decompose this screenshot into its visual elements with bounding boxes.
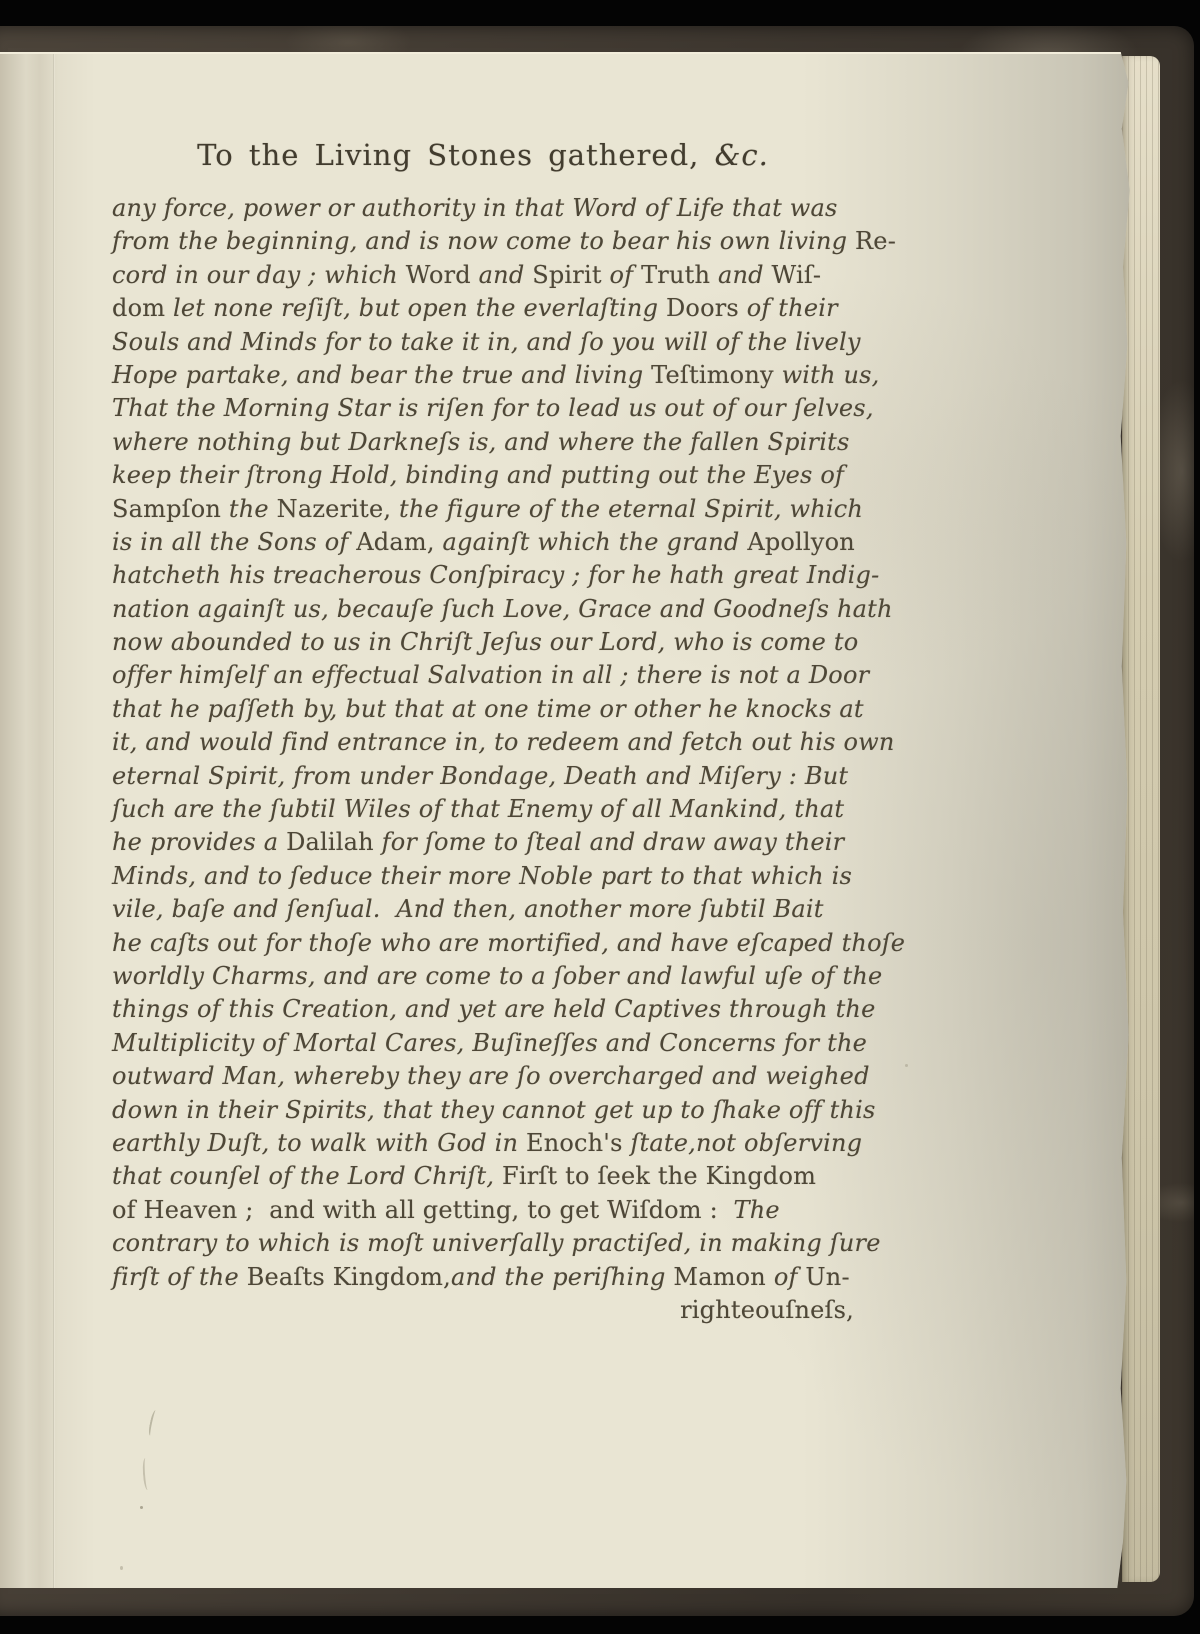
roman-text-segment: Enoch's — [526, 1129, 630, 1157]
italic-text-segment: where nothing but Darkneſs is, and where… — [112, 428, 849, 456]
italic-text-segment: of their — [739, 294, 838, 322]
italic-text-segment: and the periſhing — [451, 1263, 673, 1291]
italic-text-segment: and — [710, 261, 771, 289]
italic-text-segment: ſtate,not obſerving — [630, 1129, 862, 1157]
paper-speck — [120, 1566, 123, 1570]
italic-text-segment: eternal Spirit, from under Bondage, Deat… — [112, 762, 848, 790]
text-line: of Heaven ; and with all getting, to get… — [112, 1194, 854, 1227]
text-line: Sampſon the Nazerite, the figure of the … — [112, 493, 854, 526]
italic-text-segment: is in all the Sons of — [112, 528, 356, 556]
italic-text-segment: Hope partake, and bear the true and livi… — [112, 361, 651, 389]
roman-text-segment: Adam, — [356, 528, 442, 556]
roman-text-segment: Truth — [641, 261, 710, 289]
text-line: Multiplicity of Mortal Cares, Buſineſſes… — [112, 1027, 854, 1060]
italic-text-segment: now abounded to us in Chriſt Jeſus our L… — [112, 628, 858, 656]
roman-text-segment: Doors — [666, 294, 739, 322]
italic-text-segment: Souls and Minds for to take it in, and ſ… — [112, 328, 861, 356]
paper-speck — [905, 1064, 908, 1067]
italic-text-segment: of — [774, 1263, 806, 1291]
text-line: contrary to which is moſt univerſally pr… — [112, 1227, 854, 1260]
text-line: earthly Duſt, to walk with God in Enoch'… — [112, 1127, 854, 1160]
text-line: offer himſelf an effectual Salvation in … — [112, 659, 854, 692]
italic-text-segment: he caſts out for thoſe who are mortified… — [112, 929, 905, 957]
italic-text-segment: nation againſt us, becauſe ſuch Love, Gr… — [112, 595, 893, 623]
italic-text-segment: The — [734, 1196, 780, 1224]
body-text: any force, power or authority in that Wo… — [112, 192, 854, 1327]
roman-text-segment: Word — [406, 261, 471, 289]
italic-text-segment: it, and would find entrance in, to redee… — [112, 728, 895, 756]
text-line: dom let none reſiſt, but open the everla… — [112, 292, 854, 325]
gutter-shadow — [0, 54, 95, 1588]
text-line: hatcheth his treacherous Conſpiracy ; fo… — [112, 559, 854, 592]
page-heading-etc: &c. — [715, 138, 769, 172]
italic-text-segment: from the beginning, and is now come to b… — [112, 227, 855, 255]
paper-speck — [140, 1506, 143, 1509]
book-page: To the Living Stones gathered, &c. any f… — [0, 52, 1132, 1588]
text-line: Hope partake, and bear the true and livi… — [112, 359, 854, 392]
italic-text-segment: firſt of the — [112, 1263, 247, 1291]
text-line: That the Morning Star is riſen for to le… — [112, 392, 854, 425]
text-line: keep their ſtrong Hold, binding and putt… — [112, 459, 854, 492]
italic-text-segment: earthly Duſt, to walk with God in — [112, 1129, 526, 1157]
italic-text-segment: cord in our day ; which — [112, 261, 406, 289]
roman-text-segment: dom — [112, 294, 173, 322]
italic-text-segment: Minds, and to ſeduce their more Noble pa… — [112, 862, 852, 890]
text-line: he caſts out for thoſe who are mortified… — [112, 927, 854, 960]
screenshot-root: { "book": { "heading_main": "To the Livi… — [0, 0, 1200, 1634]
page-heading: To the Living Stones gathered, &c. — [112, 138, 854, 192]
text-line: now abounded to us in Chriſt Jeſus our L… — [112, 626, 854, 659]
italic-text-segment: That the Morning Star is riſen for to le… — [112, 394, 874, 422]
italic-text-segment: againſt which the grand — [443, 528, 748, 556]
italic-text-segment: of — [602, 261, 641, 289]
italic-text-segment: he provides a — [112, 828, 286, 856]
italic-text-segment: hatcheth his treacherous Conſpiracy ; fo… — [112, 561, 879, 589]
text-line: is in all the Sons of Adam, againſt whic… — [112, 526, 854, 559]
text-line: worldly Charms, and are come to a ſober … — [112, 960, 854, 993]
ink-mark — [147, 1410, 158, 1437]
roman-text-segment: Un- — [805, 1263, 849, 1291]
ink-mark — [142, 1458, 151, 1490]
printed-text-block: To the Living Stones gathered, &c. any f… — [112, 138, 854, 1327]
italic-text-segment: worldly Charms, and are come to a ſober … — [112, 962, 882, 990]
text-line: firſt of the Beaſts Kingdom,and the peri… — [112, 1261, 854, 1294]
text-line: that counſel of the Lord Chriſt, Firſt t… — [112, 1160, 854, 1193]
roman-text-segment: Dalilah — [286, 828, 382, 856]
italic-text-segment: that counſel of the Lord Chriſt, — [112, 1162, 502, 1190]
roman-text-segment: Wiſ- — [772, 261, 822, 289]
text-line: Minds, and to ſeduce their more Noble pa… — [112, 860, 854, 893]
italic-text-segment: the — [229, 495, 277, 523]
roman-text-segment: Re- — [855, 227, 896, 255]
italic-text-segment: down in their Spirits, that they cannot … — [112, 1096, 875, 1124]
text-line: it, and would find entrance in, to redee… — [112, 726, 854, 759]
page-crease — [53, 54, 55, 1588]
roman-text-segment: Mamon — [673, 1263, 773, 1291]
roman-text-segment: Apollyon — [747, 528, 855, 556]
italic-text-segment: that he paſſeth by, but that at one time… — [112, 695, 864, 723]
text-line: that he paſſeth by, but that at one time… — [112, 693, 854, 726]
italic-text-segment: let none reſiſt, but open the everlaſtin… — [173, 294, 666, 322]
italic-text-segment: ſuch are the ſubtil Wiles of that Enemy … — [112, 795, 844, 823]
text-line: ſuch are the ſubtil Wiles of that Enemy … — [112, 793, 854, 826]
italic-text-segment: any force, power or authority in that Wo… — [112, 194, 838, 222]
italic-text-segment: Multiplicity of Mortal Cares, Buſineſſes… — [112, 1029, 867, 1057]
roman-text-segment: Nazerite, — [277, 495, 399, 523]
roman-text-segment: Sampſon — [112, 495, 229, 523]
italic-text-segment: the figure of the eternal Spirit, which — [399, 495, 863, 523]
italic-text-segment: for ſome to ſteal and draw away their — [382, 828, 845, 856]
roman-text-segment: Spirit — [532, 261, 601, 289]
italic-text-segment: things of this Creation, and yet are hel… — [112, 995, 876, 1023]
text-line: any force, power or authority in that Wo… — [112, 192, 854, 225]
italic-text-segment: keep their ſtrong Hold, binding and putt… — [112, 461, 844, 489]
roman-text-segment: of Heaven ; and with all getting, to get… — [112, 1196, 734, 1224]
roman-text-segment: Teſtimony — [651, 361, 774, 389]
text-line: nation againſt us, becauſe ſuch Love, Gr… — [112, 593, 854, 626]
page-edges-stack — [1122, 56, 1160, 1582]
text-line: outward Man, whereby they are ſo overcha… — [112, 1060, 854, 1093]
text-line: vile, baſe and ſenſual. And then, anothe… — [112, 893, 854, 926]
italic-text-segment: and — [471, 261, 532, 289]
italic-text-segment: vile, baſe and ſenſual. And then, anothe… — [112, 895, 824, 923]
roman-text-segment: Firſt to ſeek the Kingdom — [502, 1162, 816, 1190]
page-heading-main: To the Living Stones gathered, — [197, 138, 714, 172]
text-line: down in their Spirits, that they cannot … — [112, 1094, 854, 1127]
italic-text-segment: outward Man, whereby they are ſo overcha… — [112, 1062, 870, 1090]
text-line: he provides a Dalilah for ſome to ſteal … — [112, 826, 854, 859]
roman-text-segment: righteouſneſs, — [680, 1296, 854, 1324]
italic-text-segment: with us, — [774, 361, 880, 389]
text-line: eternal Spirit, from under Bondage, Deat… — [112, 760, 854, 793]
paper-speck — [478, 406, 481, 409]
text-line: cord in our day ; which Word and Spirit … — [112, 259, 854, 292]
italic-text-segment: offer himſelf an effectual Salvation in … — [112, 661, 869, 689]
text-line: Souls and Minds for to take it in, and ſ… — [112, 326, 854, 359]
italic-text-segment: contrary to which is moſt univerſally pr… — [112, 1229, 881, 1257]
text-line: things of this Creation, and yet are hel… — [112, 993, 854, 1026]
text-line: from the beginning, and is now come to b… — [112, 225, 854, 258]
roman-text-segment: Beaſts Kingdom, — [247, 1263, 451, 1291]
text-line: where nothing but Darkneſs is, and where… — [112, 426, 854, 459]
text-line: righteouſneſs, — [112, 1294, 854, 1327]
